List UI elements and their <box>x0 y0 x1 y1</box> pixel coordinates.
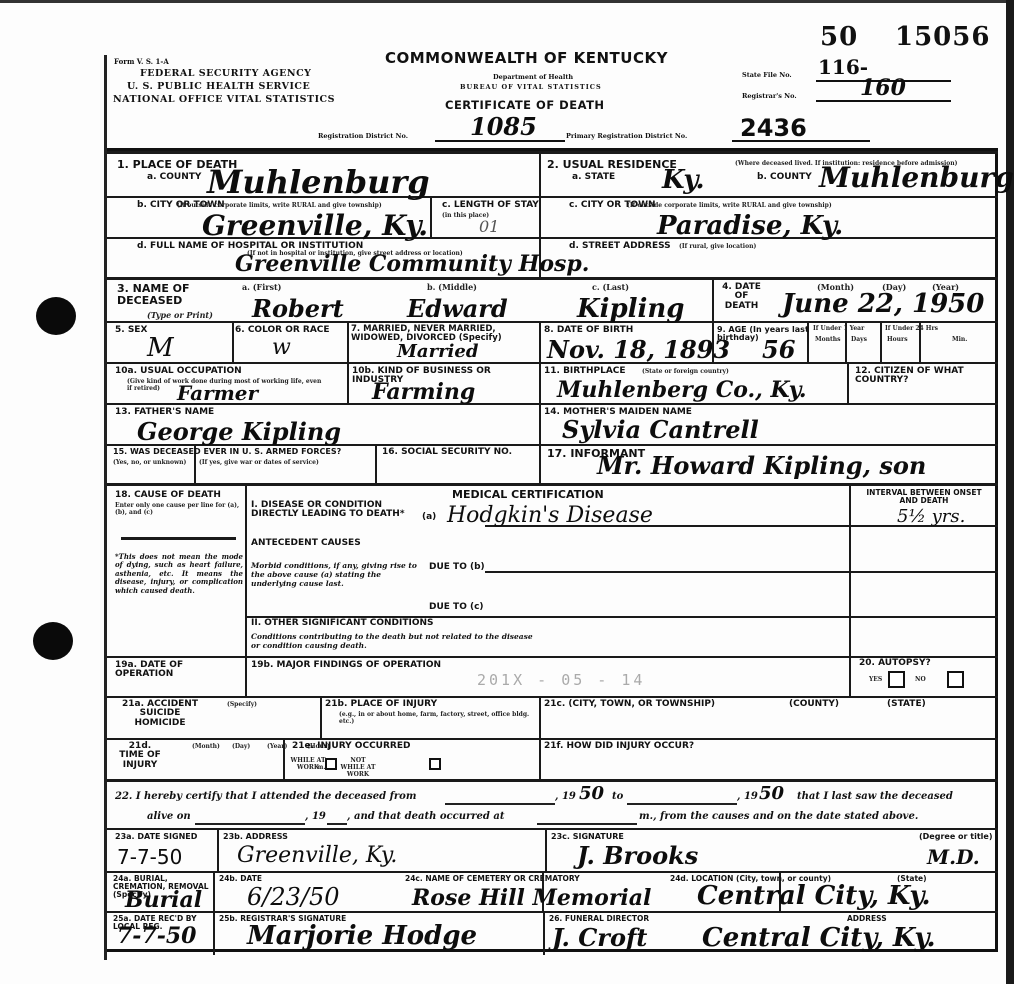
cert-line1-d: , 19 <box>737 791 758 803</box>
age-under-1yr-header: If Under 1 Year <box>813 326 864 333</box>
ur-street-label: d. STREET ADDRESS <box>569 242 671 251</box>
cert-line2-a: alive on <box>147 811 191 823</box>
time-of-injury-label: 21d. TIME OF INJURY <box>115 742 165 770</box>
scan-top-edge <box>0 0 1014 3</box>
death-certificate-page: Form V. S. 1-A FEDERAL SECURITY AGENCY U… <box>0 0 1014 984</box>
rule <box>245 483 247 696</box>
date-of-death-value: June 22, 1950 <box>782 289 984 319</box>
injury-state-label: (STATE) <box>887 700 926 709</box>
place-of-injury-label: 21b. PLACE OF INJURY <box>325 700 437 709</box>
registrar-signature-value: Marjorie Hodge <box>247 921 477 951</box>
scan-right-edge <box>1006 0 1014 984</box>
state-file-label: State File No. <box>742 71 792 79</box>
disease-label: I. DISEASE OR CONDITION DIRECTLY LEADING… <box>251 501 431 520</box>
dob-value: Nov. 18, 1893 <box>547 335 730 364</box>
time-month-label: (Month) <box>192 744 220 751</box>
birthplace-label: 11. BIRTHPLACE <box>544 367 626 376</box>
registrar-no-value: 160 <box>860 75 906 101</box>
age-under-24hr-header: If Under 24 Hrs <box>885 326 938 333</box>
cert-line1-a: 22. I hereby certify that I attended the… <box>115 791 416 803</box>
autopsy-no-label: NO <box>915 677 926 684</box>
pod-county-label: a. COUNTY <box>147 173 201 182</box>
funeral-address-label: ADDRESS <box>847 915 887 923</box>
ur-city-note: (If outside corporate limits, write RURA… <box>627 203 832 210</box>
cert-line1-c: to <box>612 791 623 803</box>
cert-line2-b: , 19 <box>305 811 326 823</box>
punch-hole-icon <box>36 297 76 335</box>
autopsy-no-checkbox[interactable] <box>947 671 964 688</box>
rule <box>545 828 547 871</box>
cert-line2-c: , and that death occurred at <box>347 811 504 823</box>
age-value: 56 <box>762 335 795 364</box>
burial-location-value: Central City, Ky. <box>697 881 931 911</box>
registrar-no-label: Registrar's No. <box>742 92 797 100</box>
race-value: W <box>272 335 291 360</box>
age-days-col: Days <box>851 337 867 344</box>
date-of-death-label: 4. DATE OF DEATH <box>719 283 764 311</box>
deceased-name-label: 3. NAME OF DECEASED <box>117 283 227 306</box>
armed-forces-label: 15. WAS DECEASED EVER IN U. S. ARMED FOR… <box>113 448 341 456</box>
address-label: 23b. ADDRESS <box>223 833 288 841</box>
cause-a-value: Hodgkin's Disease <box>447 503 653 528</box>
cert-line2-d: m., from the causes and on the date stat… <box>639 811 918 823</box>
date-received-value: 7-7-50 <box>117 923 197 949</box>
stamp-number: 15056 <box>895 22 990 52</box>
registration-district-label: Registration District No. <box>318 132 408 140</box>
antecedent-note: Morbid conditions, if any, giving rise t… <box>251 561 421 588</box>
rule <box>213 871 215 955</box>
funeral-director-label: 26. FUNERAL DIRECTOR <box>549 915 649 923</box>
while-at-work-checkbox[interactable] <box>325 758 337 770</box>
not-while-at-work-label: NOT WHILE AT WORK <box>340 758 376 779</box>
date-signed-label: 23a. DATE SIGNED <box>115 833 197 841</box>
faint-index-code: 201X - 05 - 14 <box>477 671 645 689</box>
sex-value: M <box>147 333 174 363</box>
certificate-form: 1. PLACE OF DEATH a. COUNTY Muhlenburg b… <box>107 148 998 952</box>
primary-district-value: 2436 <box>740 114 807 142</box>
medical-certification-title: MEDICAL CERTIFICATION <box>452 489 604 501</box>
rule <box>849 483 851 696</box>
fill-line <box>445 803 555 805</box>
rule <box>107 871 998 873</box>
fill-line <box>627 803 737 805</box>
cert-year-from: 50 <box>579 783 604 804</box>
cause-of-death-note: Enter only one cause per line for (a), (… <box>115 503 240 517</box>
injury-occurred-label: 21e. INJURY OCCURRED <box>292 742 410 751</box>
first-name-value: Robert <box>252 294 344 323</box>
pod-city-value: Greenville, Ky. <box>202 209 428 242</box>
interval-value: 5½ yrs. <box>897 506 965 527</box>
ur-state-label: a. STATE <box>572 173 615 182</box>
antecedent-causes-label: ANTECEDENT CAUSES <box>251 539 361 548</box>
first-name-label: a. (First) <box>242 283 281 292</box>
rule <box>107 277 998 280</box>
how-injury-label: 21f. HOW DID INJURY OCCUR? <box>544 742 694 751</box>
ur-county-label: b. COUNTY <box>757 173 812 182</box>
occupation-value: Farmer <box>177 381 258 405</box>
agency-line-1: FEDERAL SECURITY AGENCY <box>140 68 311 79</box>
document-title: COMMONWEALTH OF KENTUCKY <box>385 49 668 67</box>
ur-city-value: Paradise, Ky. <box>657 211 843 241</box>
age-hours-col: Hours <box>887 337 908 344</box>
ur-state-value: Ky. <box>662 165 705 195</box>
while-at-work-label: WHILE AT WORK <box>290 758 326 772</box>
fill-line <box>195 823 305 825</box>
rule <box>539 696 541 779</box>
marital-status-value: Married <box>397 341 478 362</box>
rule <box>880 321 882 362</box>
form-number: Form V. S. 1-A <box>114 57 169 66</box>
rule <box>107 738 998 740</box>
department-name: Department of Health <box>493 73 573 81</box>
line-a-label: (a) <box>422 513 436 522</box>
other-conditions-note: Conditions contributing to the death but… <box>251 632 541 650</box>
fill-line <box>327 823 347 825</box>
rule <box>107 828 998 830</box>
cause-footnote: *This does not mean the mode of dying, s… <box>115 553 243 595</box>
agency-line-3: NATIONAL OFFICE VITAL STATISTICS <box>113 94 335 105</box>
not-while-at-work-checkbox[interactable] <box>429 758 441 770</box>
rule <box>107 779 998 782</box>
accident-label: 21a. ACCIDENT SUICIDE HOMICIDE <box>115 700 205 728</box>
rule <box>485 571 998 573</box>
due-to-c-label: DUE TO (c) <box>429 603 484 612</box>
primary-district-label: Primary Registration District No. <box>566 132 687 140</box>
occupation-label: 10a. USUAL OCCUPATION <box>115 367 242 376</box>
rule <box>539 321 541 485</box>
informant-value: Mr. Howard Kipling, son <box>597 451 926 480</box>
rule <box>847 362 849 403</box>
place-of-injury-note: (e.g., in or about home, farm, factory, … <box>339 712 534 726</box>
accident-specify: (Specify) <box>227 702 257 709</box>
age-months-col: Months <box>815 337 841 344</box>
autopsy-label: 20. AUTOPSY? <box>859 659 931 668</box>
registration-district-value: 1085 <box>470 112 537 141</box>
citizen-label: 12. CITIZEN OF WHAT COUNTRY? <box>855 367 975 386</box>
rule <box>430 196 432 237</box>
armed-forces-note-b: (If yes, give war or dates of service) <box>199 460 319 467</box>
rule <box>217 828 219 871</box>
time-day-label: (Day) <box>232 744 250 751</box>
rule <box>712 277 714 321</box>
funeral-address-value: Central City, Ky. <box>702 923 936 953</box>
rule <box>232 321 234 362</box>
middle-name-label: b. (Middle) <box>427 283 477 292</box>
punch-hole-icon <box>33 622 73 660</box>
ur-street-note: (If rural, give location) <box>679 244 756 251</box>
armed-forces-note-a: (Yes, no, or unknown) <box>113 460 186 467</box>
stamp-year: 50 <box>820 22 858 52</box>
birthplace-note: (State or foreign country) <box>642 369 729 376</box>
burial-date-label: 24b. DATE <box>219 875 262 883</box>
rule <box>107 151 998 154</box>
autopsy-yes-label: YES <box>869 677 882 684</box>
ssn-label: 16. SOCIAL SECURITY NO. <box>382 448 512 457</box>
injury-county-label: (COUNTY) <box>789 700 839 709</box>
rule <box>375 444 377 483</box>
sex-label: 5. SEX <box>115 326 147 335</box>
certificate-title: CERTIFICATE OF DEATH <box>445 98 605 112</box>
fill-line <box>537 823 637 825</box>
rule <box>121 537 236 540</box>
father-name-value: George Kipling <box>137 417 341 446</box>
age-min-col: Min. <box>952 337 967 344</box>
pod-stay-label: c. LENGTH OF STAY <box>442 201 539 210</box>
degree-label: (Degree or title) <box>919 833 992 841</box>
pod-county-value: Muhlenburg <box>207 163 430 201</box>
due-to-b-label: DUE TO (b) <box>429 563 485 572</box>
mother-name-value: Sylvia Cantrell <box>562 415 759 444</box>
operation-findings-label: 19b. MAJOR FINDINGS OF OPERATION <box>251 661 441 670</box>
date-signed-value: 7-7-50 <box>117 845 182 869</box>
usual-residence-label: 2. USUAL RESIDENCE <box>547 159 677 171</box>
last-name-label: c. (Last) <box>592 283 629 292</box>
physician-signature: J. Brooks <box>577 841 698 870</box>
agency-line-2: U. S. PUBLIC HEALTH SERVICE <box>127 81 310 92</box>
deceased-name-note: (Type or Print) <box>147 311 213 320</box>
burial-type-value: Burial <box>125 887 202 913</box>
operation-date-label: 19a. DATE OF OPERATION <box>115 661 240 680</box>
injury-city-label: 21c. (CITY, TOWN, OR TOWNSHIP) <box>544 700 715 709</box>
pod-hospital-value: Greenville Community Hosp. <box>235 251 589 277</box>
last-name-value: Kipling <box>577 294 685 324</box>
ur-county-value: Muhlenburg <box>819 161 1014 194</box>
bureau-name: BUREAU OF VITAL STATISTICS <box>460 83 602 91</box>
burial-date-value: 6/23/50 <box>247 883 340 911</box>
cemetery-label: 24c. NAME OF CEMETERY OR CREMATORY <box>405 875 580 883</box>
pod-stay-value: 01 <box>479 217 499 236</box>
degree-value: M.D. <box>927 845 980 869</box>
cert-year-to: 50 <box>759 783 784 804</box>
rule <box>347 362 349 403</box>
interval-label: INTERVAL BETWEEN ONSET AND DEATH <box>859 489 989 505</box>
business-value: Farming <box>372 379 475 405</box>
cert-line1-b: , 19 <box>555 791 576 803</box>
rule <box>107 696 998 698</box>
rule <box>347 321 349 362</box>
cemetery-value: Rose Hill Memorial <box>412 885 651 911</box>
time-year-label: (Year) <box>267 744 287 751</box>
address-value: Greenville, Ky. <box>237 843 397 868</box>
rule <box>107 321 998 323</box>
rule <box>543 911 545 955</box>
autopsy-yes-checkbox[interactable] <box>888 671 905 688</box>
rule <box>107 911 998 913</box>
birthplace-value: Muhlenberg Co., Ky. <box>557 377 807 403</box>
cause-of-death-label: 18. CAUSE OF DEATH <box>115 491 221 500</box>
funeral-director-value: J. Croft <box>552 923 647 952</box>
rule <box>107 483 998 486</box>
rule <box>320 696 322 738</box>
other-conditions-label: II. OTHER SIGNIFICANT CONDITIONS <box>251 619 434 628</box>
cert-line1-e: that I last saw the deceased <box>797 791 953 803</box>
middle-name-value: Edward <box>407 294 508 323</box>
